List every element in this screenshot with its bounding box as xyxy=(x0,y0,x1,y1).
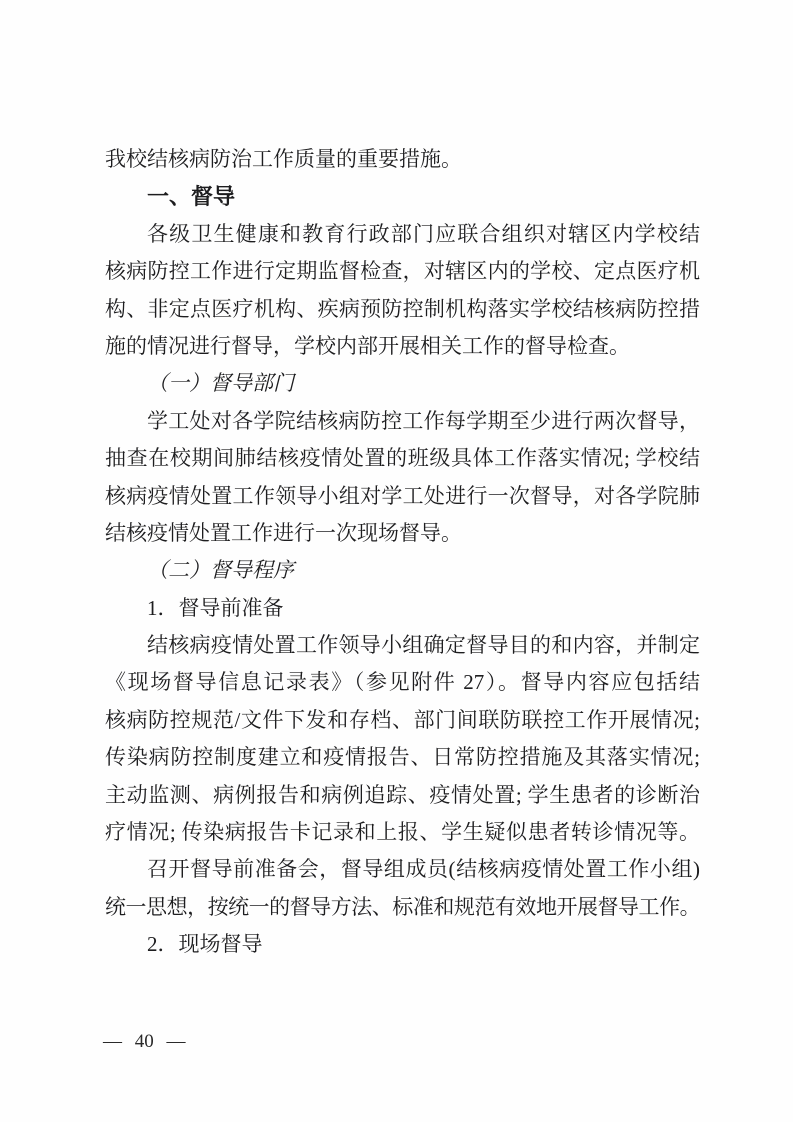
doc-line: 召开督导前准备会，督导组成员(结核病疫情处置工作小组) xyxy=(105,851,700,888)
doc-line: 结核疫情处置工作进行一次现场督导。 xyxy=(105,515,700,552)
section-heading: 一、督导 xyxy=(105,178,700,215)
numbered-heading: 2．现场督导 xyxy=(105,926,700,963)
doc-line: 核病疫情处置工作领导小组对学工处进行一次督导，对各学院肺 xyxy=(105,478,700,515)
doc-line: 学工处对各学院结核病防控工作每学期至少进行两次督导， xyxy=(105,403,700,440)
document-page: 我校结核病防治工作质量的重要措施。 一、督导 各级卫生健康和教育行政部门应联合组… xyxy=(0,0,793,1122)
doc-line: 核病防控规范/文件下发和存档、部门间联防联控工作开展情况; xyxy=(105,702,700,739)
doc-line: 结核病疫情处置工作领导小组确定督导目的和内容，并制定 xyxy=(105,627,700,664)
doc-line: 我校结核病防治工作质量的重要措施。 xyxy=(105,141,700,178)
doc-line: 传染病防控制度建立和疫情报告、日常防控措施及其落实情况; xyxy=(105,739,700,776)
subsection-heading: （一）督导部门 xyxy=(105,365,700,402)
doc-line: 统一思想，按统一的督导方法、标准和规范有效地开展督导工作。 xyxy=(105,889,700,926)
doc-line: 核病防控工作进行定期监督检查，对辖区内的学校、定点医疗机 xyxy=(105,253,700,290)
doc-line: 《现场督导信息记录表》（参见附件 27）。督导内容应包括结 xyxy=(105,664,700,701)
doc-line: 构、非定点医疗机构、疾病预防控制机构落实学校结核病防控措 xyxy=(105,291,700,328)
subsection-heading: （二）督导程序 xyxy=(105,552,700,589)
doc-line: 各级卫生健康和教育行政部门应联合组织对辖区内学校结 xyxy=(105,216,700,253)
numbered-heading: 1．督导前准备 xyxy=(105,590,700,627)
doc-line: 主动监测、病例报告和病例追踪、疫情处置; 学生患者的诊断治 xyxy=(105,777,700,814)
doc-line: 抽查在校期间肺结核疫情处置的班级具体工作落实情况; 学校结 xyxy=(105,440,700,477)
doc-line: 施的情况进行督导，学校内部开展相关工作的督导检查。 xyxy=(105,328,700,365)
document-body: 我校结核病防治工作质量的重要措施。 一、督导 各级卫生健康和教育行政部门应联合组… xyxy=(105,141,700,964)
page-number: — 40 — xyxy=(103,1030,186,1054)
doc-line: 疗情况; 传染病报告卡记录和上报、学生疑似患者转诊情况等。 xyxy=(105,814,700,851)
